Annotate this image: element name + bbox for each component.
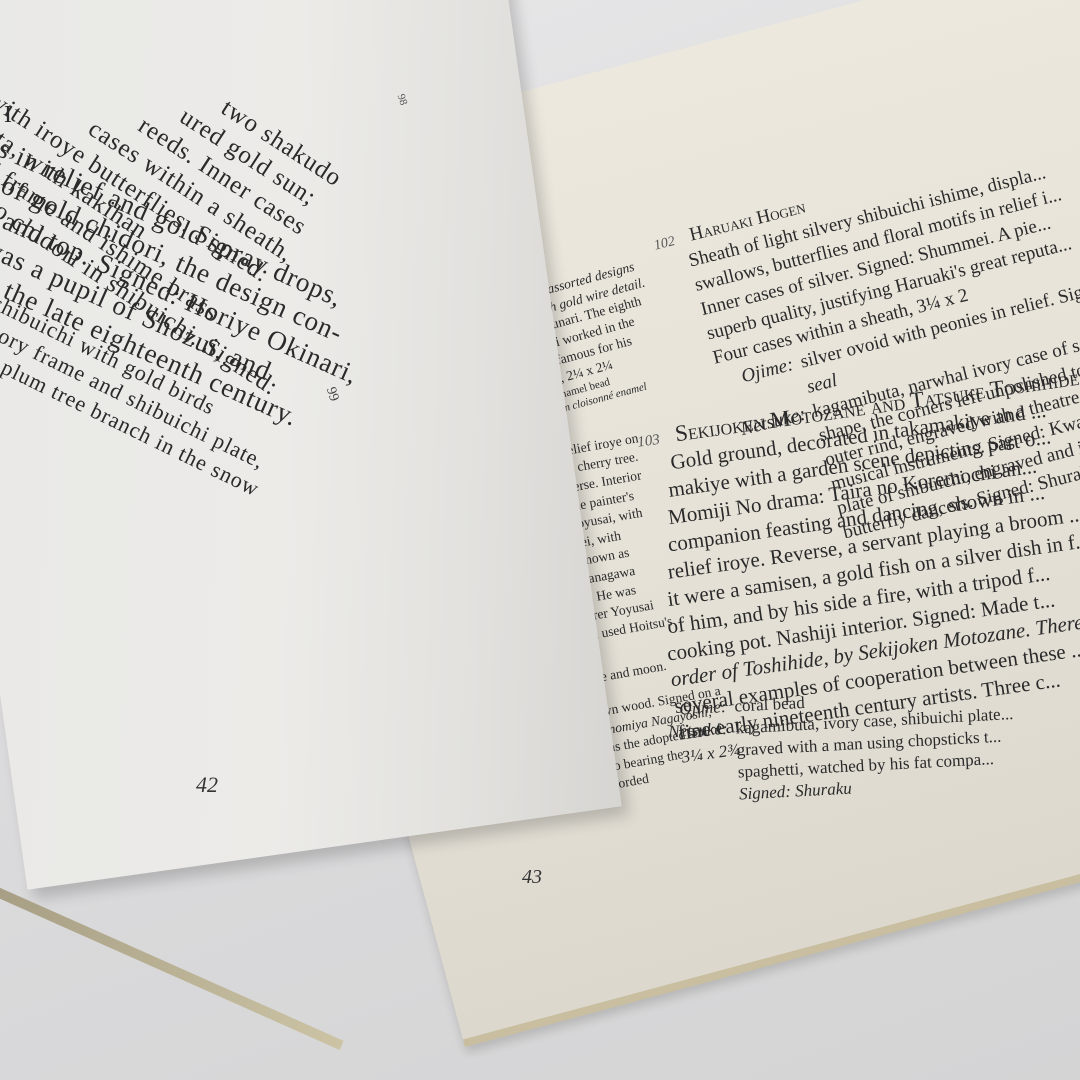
entry-103-accessories: Ojime:coral bead Netsuke:kagamibuta, ivo… bbox=[650, 681, 1017, 810]
page-number-43: 43 bbox=[522, 866, 542, 889]
ojime-value: coral bead bbox=[734, 693, 805, 716]
book-photo: ...arunari ...d, decorated with small as… bbox=[0, 0, 1080, 1080]
page-number-42: 42 bbox=[196, 772, 218, 798]
netsuke-label: Netsuke: bbox=[651, 718, 728, 744]
entry-number: 103 bbox=[636, 432, 661, 451]
page-edge bbox=[0, 870, 344, 1050]
left-page-partial-marker: I bbox=[4, 100, 12, 132]
